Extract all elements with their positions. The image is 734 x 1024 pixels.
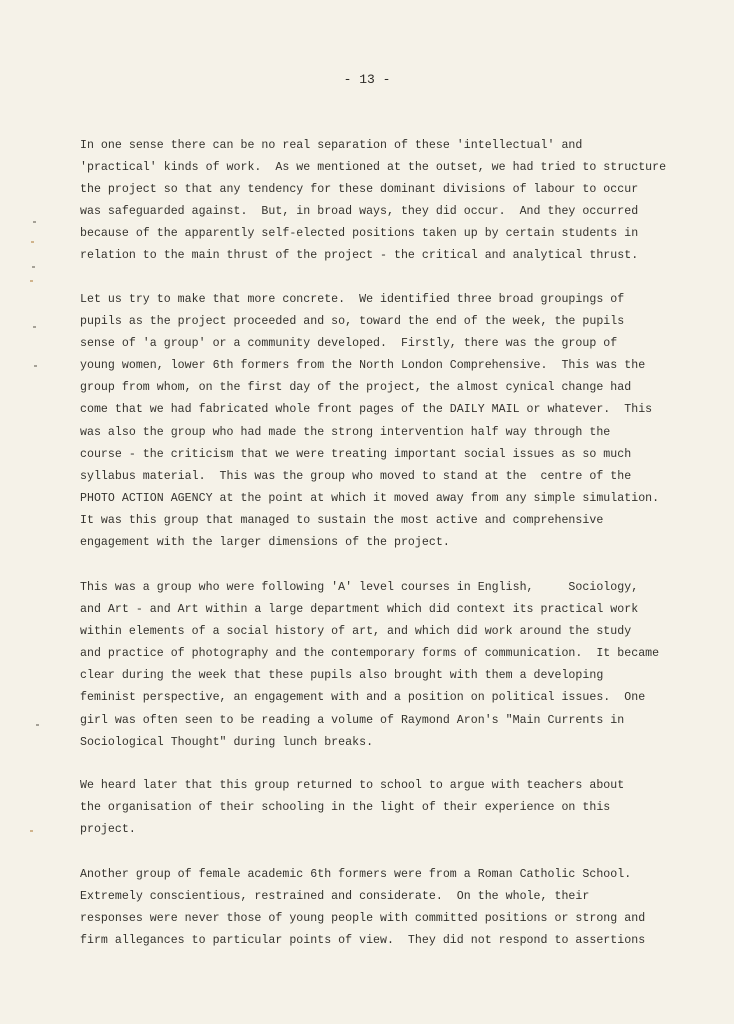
text-line: the project so that any tendency for the… — [80, 179, 720, 201]
text-line: project. — [80, 819, 720, 841]
text-line: It was this group that managed to sustai… — [80, 510, 720, 532]
page-number: - 13 - — [0, 72, 734, 87]
margin-speck — [33, 221, 36, 223]
margin-speck — [32, 266, 35, 268]
margin-speck — [30, 280, 33, 282]
text-line: In one sense there can be no real separa… — [80, 135, 720, 157]
text-line: the organisation of their schooling in t… — [80, 797, 720, 819]
text-line: and Art - and Art within a large departm… — [80, 599, 720, 621]
text-line: course - the criticism that we were trea… — [80, 444, 720, 466]
text-line: engagement with the larger dimensions of… — [80, 532, 720, 554]
text-line: syllabus material. This was the group wh… — [80, 466, 720, 488]
text-line: Let us try to make that more concrete. W… — [80, 289, 720, 311]
text-line: was also the group who had made the stro… — [80, 422, 720, 444]
text-line: 'practical' kinds of work. As we mention… — [80, 157, 720, 179]
text-line: firm allegances to particular points of … — [80, 930, 720, 952]
text-line: girl was often seen to be reading a volu… — [80, 710, 720, 732]
text-line: and practice of photography and the cont… — [80, 643, 720, 665]
text-line: This was a group who were following 'A' … — [80, 577, 720, 599]
text-line: PHOTO ACTION AGENCY at the point at whic… — [80, 488, 720, 510]
text-line: clear during the week that these pupils … — [80, 665, 720, 687]
text-line: pupils as the project proceeded and so, … — [80, 311, 720, 333]
text-line: because of the apparently self-elected p… — [80, 223, 720, 245]
paragraph-2: Let us try to make that more concrete. W… — [80, 289, 720, 554]
margin-speck — [36, 724, 39, 726]
margin-speck — [31, 241, 34, 243]
text-line: group from whom, on the first day of the… — [80, 377, 720, 399]
text-line: feminist perspective, an engagement with… — [80, 687, 720, 709]
paragraph-3: This was a group who were following 'A' … — [80, 577, 720, 754]
paragraph-1: In one sense there can be no real separa… — [80, 135, 720, 268]
text-line: was safeguarded against. But, in broad w… — [80, 201, 720, 223]
text-line: come that we had fabricated whole front … — [80, 399, 720, 421]
paragraph-5: Another group of female academic 6th for… — [80, 864, 720, 952]
text-line: relation to the main thrust of the proje… — [80, 245, 720, 267]
paragraph-4: We heard later that this group returned … — [80, 775, 720, 841]
margin-speck — [33, 326, 36, 328]
text-line: We heard later that this group returned … — [80, 775, 720, 797]
document-page: - 13 - In one sense there can be no real… — [0, 0, 734, 1024]
text-line: Another group of female academic 6th for… — [80, 864, 720, 886]
text-line: Sociological Thought" during lunch break… — [80, 732, 720, 754]
text-line: young women, lower 6th formers from the … — [80, 355, 720, 377]
margin-speck — [30, 830, 33, 832]
text-line: Extremely conscientious, restrained and … — [80, 886, 720, 908]
margin-speck — [34, 365, 37, 367]
text-line: responses were never those of young peop… — [80, 908, 720, 930]
text-line: sense of 'a group' or a community develo… — [80, 333, 720, 355]
text-line: within elements of a social history of a… — [80, 621, 720, 643]
